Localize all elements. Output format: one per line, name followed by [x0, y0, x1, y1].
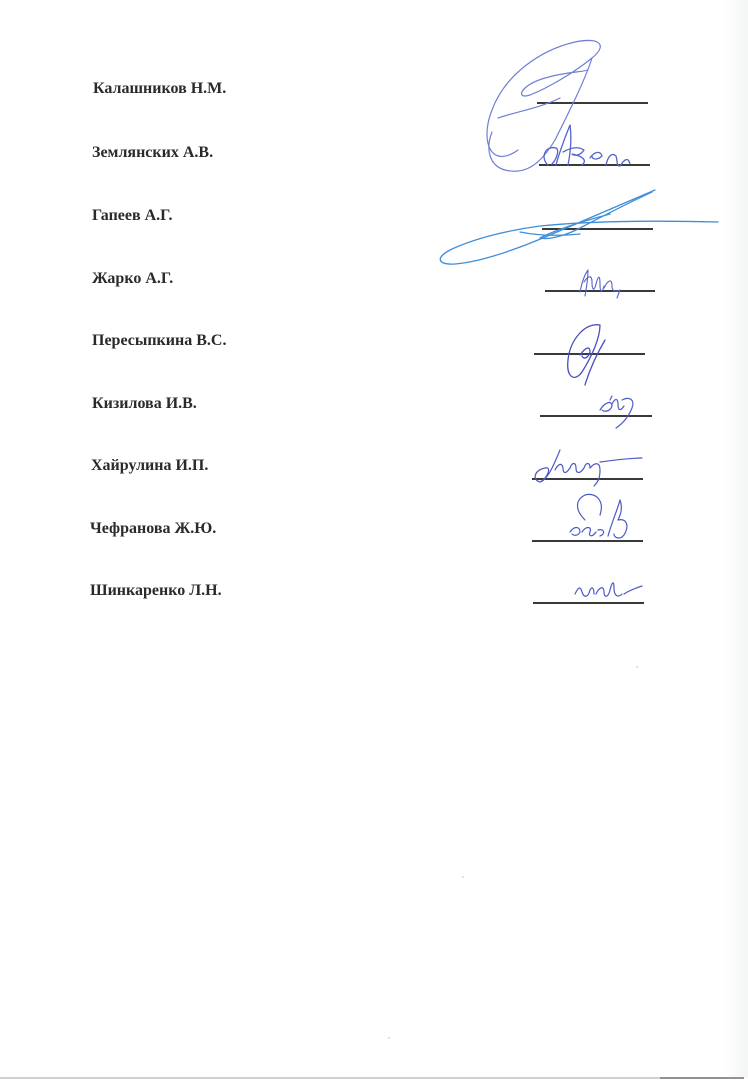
- signer-row: Гапеев А.Г.: [0, 205, 748, 245]
- signer-name: Гапеев А.Г.: [92, 207, 173, 225]
- signer-row: Хайрулина И.П.: [0, 455, 748, 495]
- signer-name: Калашников Н.М.: [93, 80, 226, 98]
- scanned-page: Калашников Н.М. Землянских А.В. Гапеев А…: [0, 0, 748, 1083]
- signature-line: [533, 602, 644, 604]
- signer-name: Пересыпкина В.С.: [92, 332, 226, 350]
- scan-artifact: [388, 1037, 390, 1039]
- signer-row: Пересыпкина В.С.: [0, 330, 748, 370]
- signer-name: Шинкаренко Л.Н.: [90, 582, 222, 600]
- signer-row: Калашников Н.М.: [0, 78, 748, 118]
- signer-name: Землянских А.В.: [92, 144, 213, 162]
- signer-row: Шинкаренко Л.Н.: [0, 580, 748, 620]
- scan-bottom-edge: [0, 1077, 744, 1079]
- signature-line: [537, 102, 648, 104]
- signer-row: Чефранова Ж.Ю.: [0, 518, 748, 558]
- signature-line: [534, 353, 645, 355]
- scan-bottom-edge-shadow: [660, 1077, 744, 1079]
- signature-line: [532, 540, 643, 542]
- signer-row: Жарко А.Г.: [0, 268, 748, 308]
- signature-line: [539, 164, 650, 166]
- signer-row: Кизилова И.В.: [0, 393, 748, 433]
- scan-artifact: [636, 666, 638, 668]
- signer-row: Землянских А.В.: [0, 142, 748, 182]
- signer-name: Хайрулина И.П.: [91, 457, 208, 475]
- signature-line: [540, 415, 652, 417]
- signature-line: [542, 228, 653, 230]
- signer-name: Чефранова Ж.Ю.: [90, 520, 216, 538]
- signature-line: [545, 290, 655, 292]
- scan-artifact: [462, 876, 464, 878]
- signer-name: Кизилова И.В.: [92, 395, 197, 413]
- signature-line: [532, 478, 643, 480]
- signer-name: Жарко А.Г.: [92, 270, 173, 288]
